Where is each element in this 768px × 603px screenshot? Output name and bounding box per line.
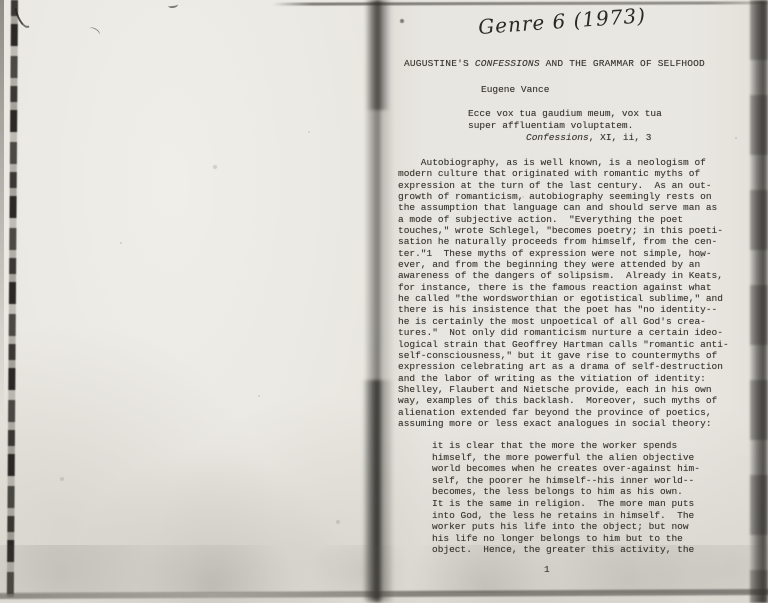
article-byline: Eugene Vance [481,84,549,95]
title-text-post: AND THE GRAMMAR OF SELFHOOD [540,58,705,69]
gutter-fold-shadow-top [366,0,390,110]
page-number: 1 [544,564,550,575]
epigraph-latin-quote: Ecce vox tua gaudium meum, vox tua super… [468,108,662,131]
right-page-edge-shadow [750,0,768,603]
block-quotation: it is clear that the more the worker spe… [432,440,732,556]
title-text: AUGUSTINE'S [404,58,475,69]
epigraph-attribution: Confessions, XI, ii, 3 [526,132,651,143]
epigraph-source-italic: Confessions [526,132,589,143]
scanned-book-spread: Genre 6 (1973) AUGUSTINE'S CONFESSIONS A… [0,0,768,603]
left-page-edge-shade [0,0,4,420]
article-title: AUGUSTINE'S CONFESSIONS AND THE GRAMMAR … [404,58,754,69]
photocopy-speckles [0,0,2,2]
title-italic-confessions: CONFESSIONS [475,58,540,69]
left-blank-page [0,0,378,603]
epigraph-source-locus: , XI, ii, 3 [589,132,652,143]
body-paragraph: Autobiography, as is well known, is a ne… [398,157,743,429]
